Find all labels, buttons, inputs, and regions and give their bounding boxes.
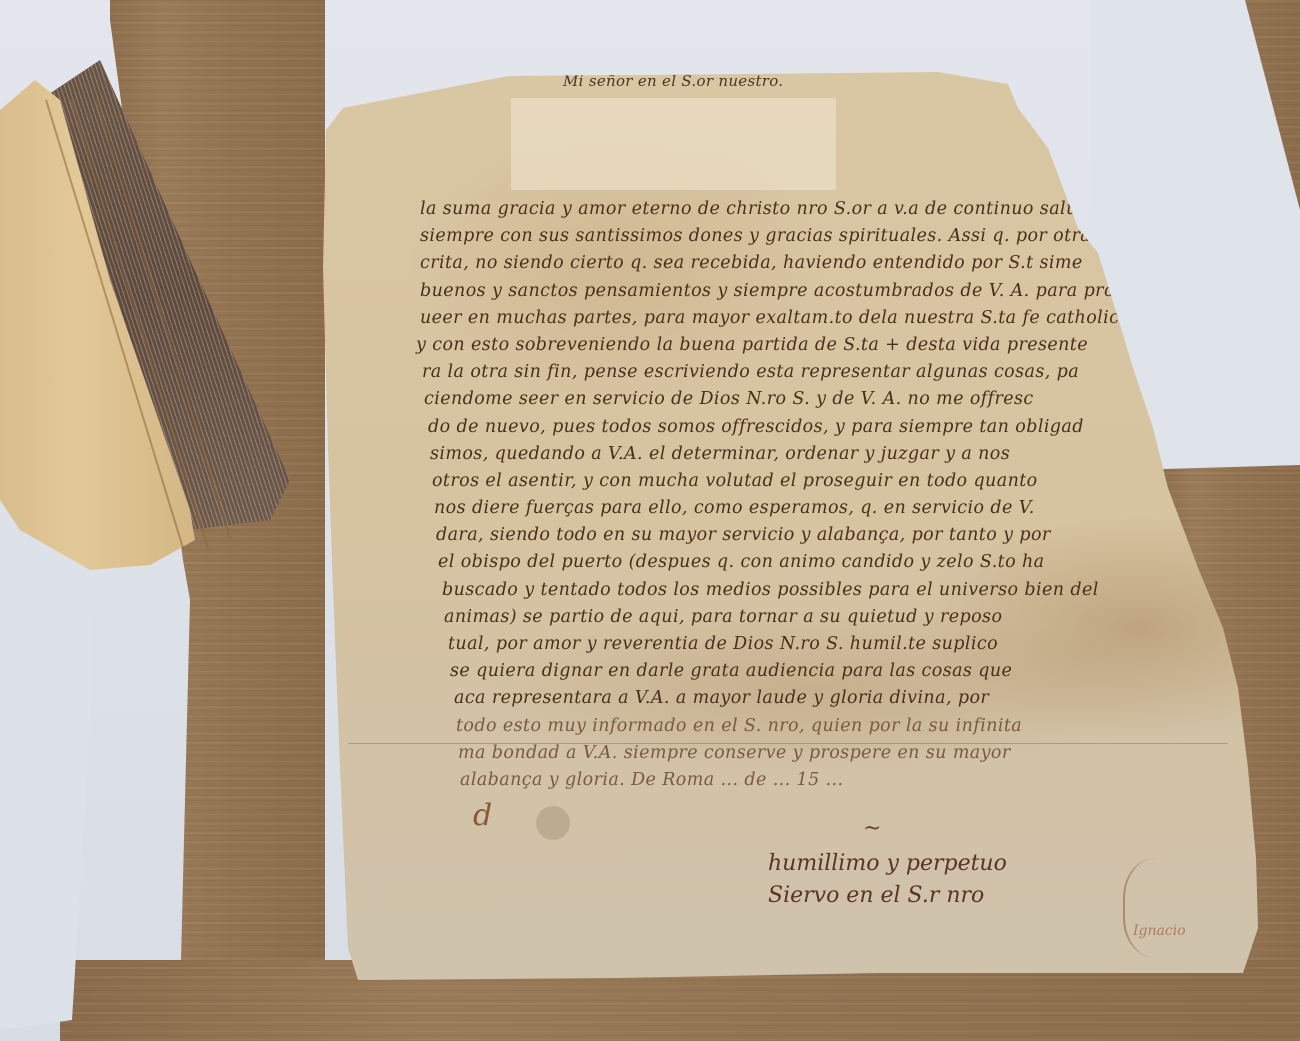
rubric-name: Ignacio xyxy=(1133,923,1186,939)
letter-line: otros el asentir, y con mucha volutad el… xyxy=(432,468,1220,495)
closing-signature: humillimo y perpetuo Siervo en el S.r nr… xyxy=(768,848,1007,912)
letter-line: nos diere fuerças para ello, como espera… xyxy=(434,495,1220,522)
letter-line: simos, quedando a V.A. el determinar, or… xyxy=(430,441,1220,468)
letter-line: dara, siendo todo en su mayor servicio y… xyxy=(436,522,1220,549)
letter-line: ueer en muchas partes, para mayor exalta… xyxy=(420,305,1220,332)
letter-line: tual, por amor y reverentia de Dios N.ro… xyxy=(448,631,1220,658)
letter-line: buscado y tentado todos los medios possi… xyxy=(442,577,1220,604)
fold-crease xyxy=(348,743,1228,744)
closing-line-2: Siervo en el S.r nro xyxy=(768,880,1007,912)
address-panel xyxy=(511,98,836,190)
closing-line-1: humillimo y perpetuo xyxy=(768,848,1007,880)
letter-line: buenos y sanctos pensamientos y siempre … xyxy=(420,278,1220,305)
flourish-mark: ~ xyxy=(863,816,881,841)
margin-mark: d xyxy=(473,798,492,833)
letter-line: aca representara a V.A. a mayor laude y … xyxy=(454,685,1220,712)
letter-line: animas) se partio de aqui, para tornar a… xyxy=(444,604,1220,631)
letter-line: ra la otra sin fin, pense escriviendo es… xyxy=(422,359,1220,386)
stain-spot xyxy=(536,806,570,840)
letter-line: todo esto muy informado en el S. nro, qu… xyxy=(456,713,1220,740)
letter-line: se quiera dignar en darle grata audienci… xyxy=(450,658,1220,685)
signature-rubric xyxy=(1123,858,1205,958)
letter-body: la suma gracia y amor eterno de christo … xyxy=(420,196,1220,794)
conservation-brush xyxy=(0,60,300,570)
letter-line: do de nuevo, pues todos somos offrescido… xyxy=(428,414,1220,441)
letter-line: y con esto sobreveniendo la buena partid… xyxy=(416,332,1220,359)
letter-line: ciendome seer en servicio de Dios N.ro S… xyxy=(424,386,1220,413)
letter-line: el obispo del puerto (despues q. con ani… xyxy=(438,549,1220,576)
letter-line: alabança y gloria. De Roma ... de ... 15… xyxy=(460,767,1220,794)
